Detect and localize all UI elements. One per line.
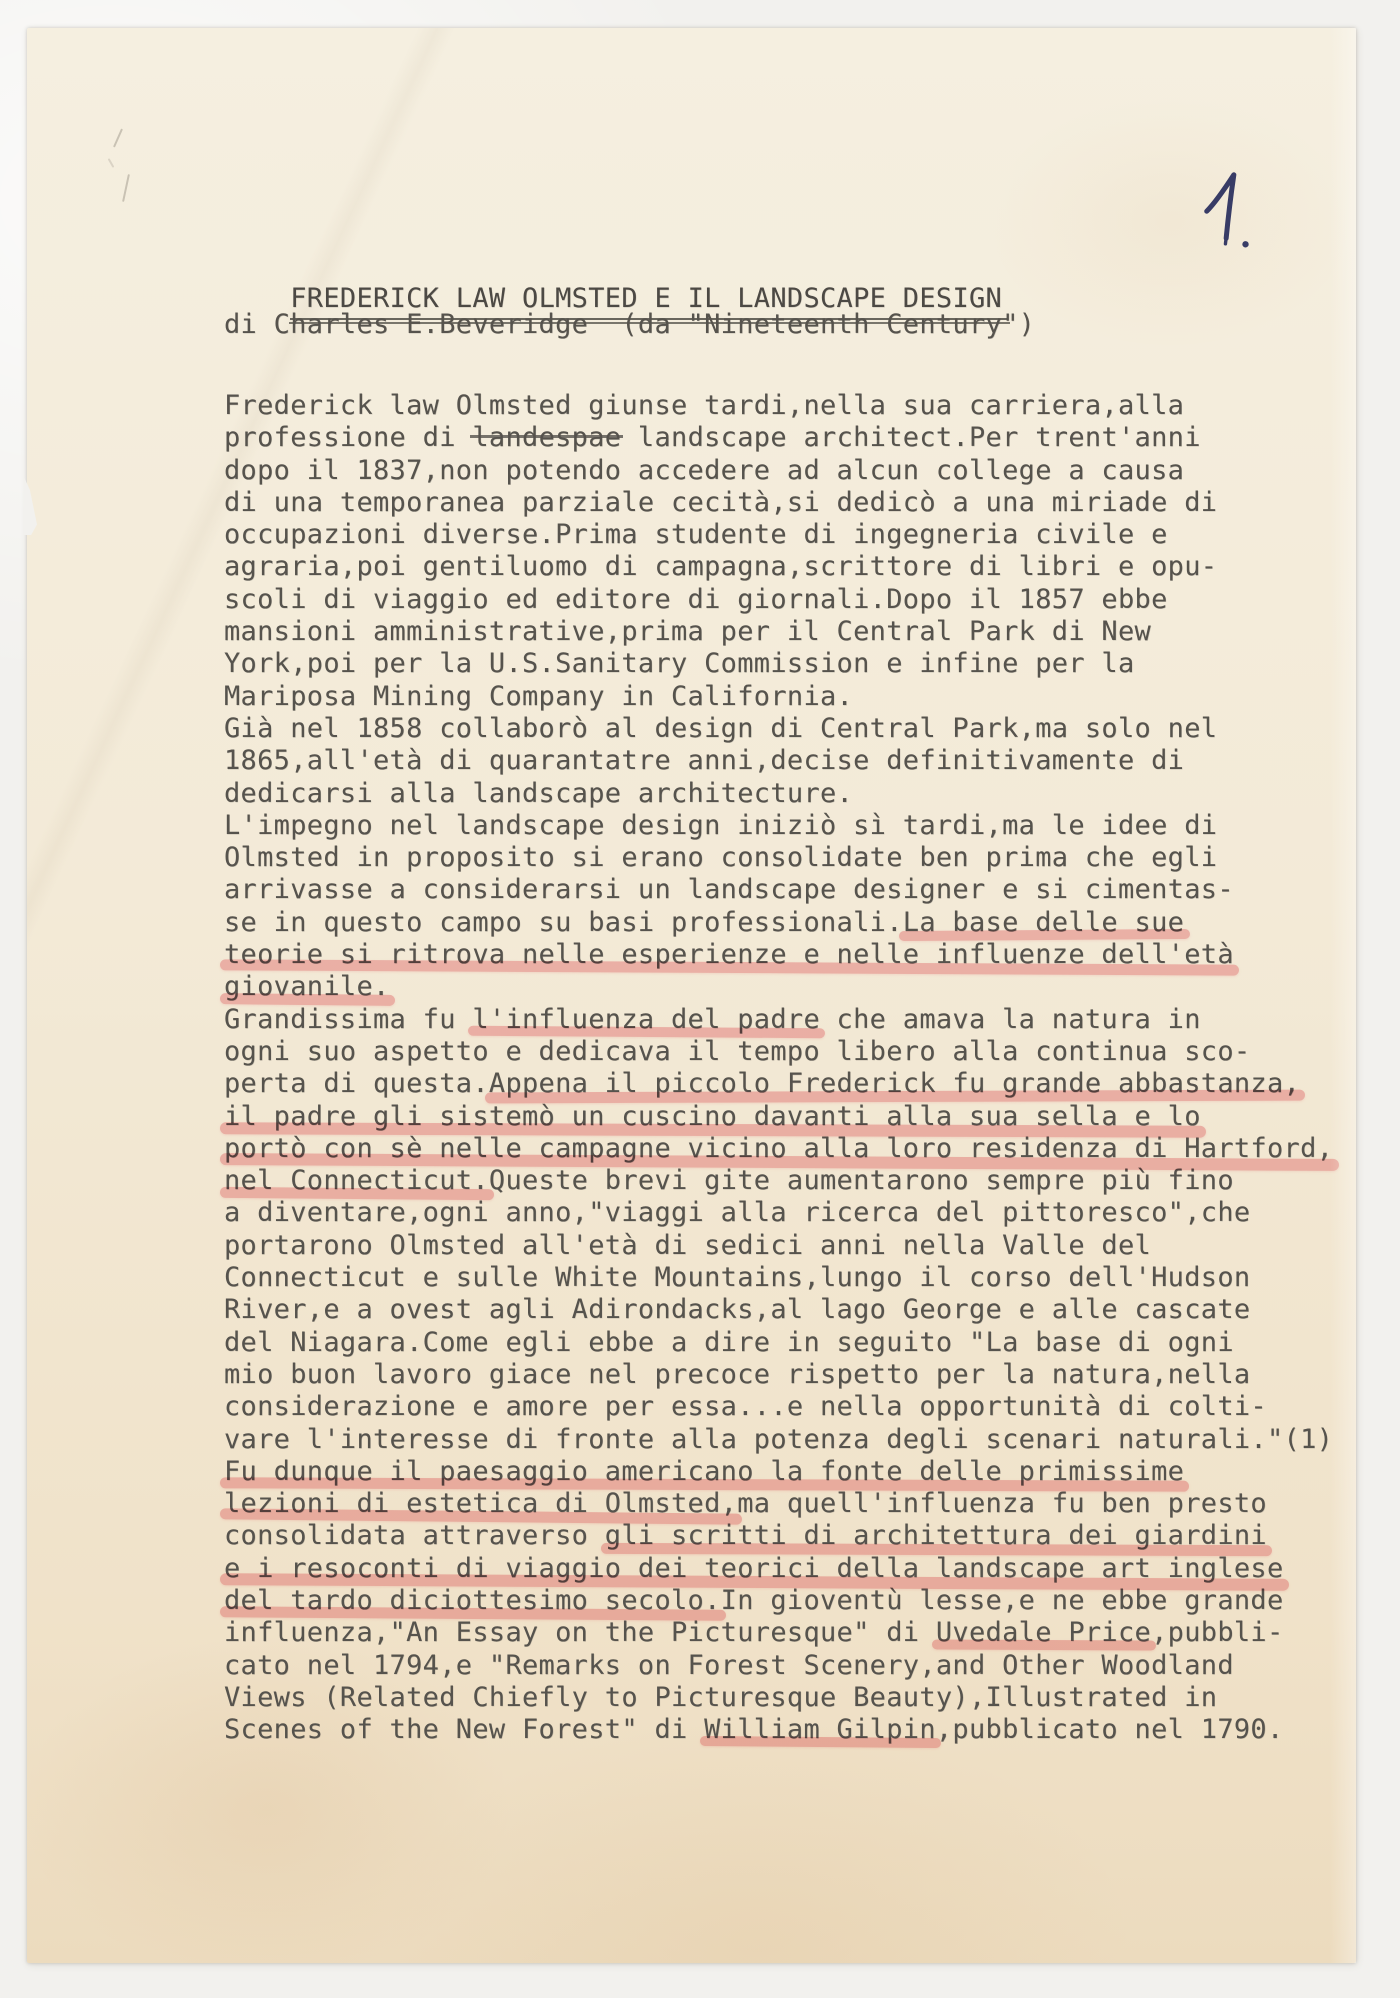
text-line: dedicarsi alla landscape architecture. — [224, 778, 1333, 810]
text-line: Mariposa Mining Company in California. — [224, 681, 1333, 713]
text-line: perta di questa.Appena il piccolo Freder… — [224, 1068, 1333, 1100]
text-line: del Niagara.Come egli ebbe a dire in seg… — [224, 1327, 1333, 1359]
scan-background: { "page": { "handwritten_page_number": "… — [0, 0, 1400, 1998]
text-line: consolidata attraverso gli scritti di ar… — [224, 1520, 1333, 1552]
text-line: scoli di viaggio ed editore di giornali.… — [224, 584, 1333, 616]
text-line: Fu dunque il paesaggio americano la font… — [224, 1456, 1333, 1488]
text-line: arrivasse a considerarsi un landscape de… — [224, 874, 1333, 906]
text-line: Già nel 1858 collaborò al design di Cent… — [224, 713, 1333, 745]
text-line: vare l'interesse di fronte alla potenza … — [224, 1424, 1333, 1456]
text-line: il padre gli sistemò un cuscino davanti … — [224, 1101, 1333, 1133]
pencil-mark — [122, 174, 130, 202]
text-line: 1865,all'età di quarantatre anni,decise … — [224, 745, 1333, 777]
text-line: mansioni amministrative,prima per il Cen… — [224, 616, 1333, 648]
text-line: lezioni di estetica di Olmsted,ma quell'… — [224, 1488, 1333, 1520]
text-line: Grandissima fu l'influenza del padre che… — [224, 1004, 1333, 1036]
text-line: professione di landespae landscape archi… — [224, 422, 1333, 454]
pencil-mark — [113, 128, 123, 147]
text-line: se in questo campo su basi professionali… — [224, 907, 1333, 939]
text-line: considerazione e amore per essa...e nell… — [224, 1391, 1333, 1423]
text-line: ogni suo aspetto e dedicava il tempo lib… — [224, 1036, 1333, 1068]
text-line: River,e a ovest agli Adirondacks,al lago… — [224, 1294, 1333, 1326]
text-line: teorie si ritrova nelle esperienze e nel… — [224, 939, 1333, 971]
struck-out-word: landespae — [472, 422, 621, 453]
byline: di Charles E.Beveridge (da "Nineteenth C… — [224, 309, 1035, 341]
handwritten-page-number — [1197, 166, 1266, 265]
handwritten-one-icon — [1197, 166, 1266, 261]
text-line: Olmsted in proposito si erano consolidat… — [224, 842, 1333, 874]
text-line: Frederick law Olmsted giunse tardi,nella… — [224, 390, 1333, 422]
text-line: del tardo diciottesimo secolo.In giovent… — [224, 1585, 1333, 1617]
document-body: Frederick law Olmsted giunse tardi,nella… — [224, 390, 1333, 1746]
document-page: FREDERICK LAW OLMSTED E IL LANDSCAPE DES… — [27, 28, 1356, 1963]
pencil-mark — [108, 158, 115, 168]
text-line: occupazioni diverse.Prima studente di in… — [224, 519, 1333, 551]
text-line: influenza,"An Essay on the Picturesque" … — [224, 1617, 1333, 1649]
text-line: di una temporanea parziale cecità,si ded… — [224, 487, 1333, 519]
text-line: portarono Olmsted all'età di sedici anni… — [224, 1230, 1333, 1262]
text-line: mio buon lavoro giace nel precoce rispet… — [224, 1359, 1333, 1391]
text-line: L'impegno nel landscape design iniziò sì… — [224, 810, 1333, 842]
text-line: Scenes of the New Forest" di William Gil… — [224, 1714, 1333, 1746]
paper-tear-notch — [24, 477, 37, 535]
text-line: giovanile. — [224, 971, 1333, 1003]
text-line: dopo il 1837,non potendo accedere ad alc… — [224, 455, 1333, 487]
text-line: e i resoconti di viaggio dei teorici del… — [224, 1553, 1333, 1585]
text-line: Connecticut e sulle White Mountains,lung… — [224, 1262, 1333, 1294]
text-line: portò con sè nelle campagne vicino alla … — [224, 1133, 1333, 1165]
text-line: York,poi per la U.S.Sanitary Commission … — [224, 648, 1333, 680]
text-line: Views (Related Chiefly to Picturesque Be… — [224, 1682, 1333, 1714]
text-line: cato nel 1794,e "Remarks on Forest Scene… — [224, 1650, 1333, 1682]
text-line: a diventare,ogni anno,"viaggi alla ricer… — [224, 1197, 1333, 1229]
text-line: agraria,poi gentiluomo di campagna,scrit… — [224, 551, 1333, 583]
text-line: nel Connecticut.Queste brevi gite aument… — [224, 1165, 1333, 1197]
